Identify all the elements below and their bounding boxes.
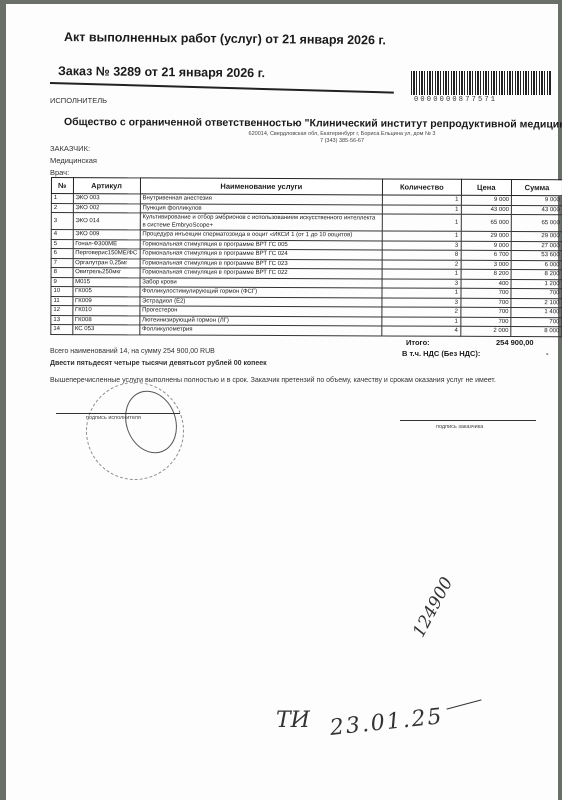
row-price: 29 000 <box>461 231 512 241</box>
row-sku: ГК008 <box>72 315 139 325</box>
row-price: 700 <box>460 298 511 308</box>
row-number: 13 <box>51 315 73 325</box>
row-sum: 9 000 <box>511 196 562 206</box>
row-sum: 29 000 <box>511 232 562 242</box>
row-price: 43 000 <box>461 205 512 215</box>
row-number: 12 <box>51 306 73 316</box>
handwritten-stroke <box>446 699 481 709</box>
row-price: 6 700 <box>461 250 512 260</box>
col-header-qty: Количество <box>383 179 461 195</box>
row-sum: 43 000 <box>511 205 562 215</box>
customer-signature-line <box>400 420 536 421</box>
handwritten-date: 23.01.25 <box>329 704 445 741</box>
row-sum: 27 000 <box>511 241 562 251</box>
row-quantity: 1 <box>382 204 460 214</box>
table-row: 14КС 053Фолликулометрия42 0008 000 <box>51 325 562 337</box>
row-sku: ГК009 <box>72 296 139 306</box>
row-sku: Гонал-Ф300МЕ <box>73 239 140 249</box>
barcode-number: 0000000877571 <box>414 96 497 104</box>
row-sum: 700 <box>511 317 562 327</box>
row-number: 3 <box>51 213 73 230</box>
total-label: Итого: <box>406 338 430 347</box>
customer-line2: Врач: <box>50 168 69 177</box>
row-price: 65 000 <box>461 214 512 231</box>
customer-line1: Медицинская <box>50 156 97 165</box>
row-quantity: 1 <box>382 214 460 231</box>
row-number: 11 <box>51 296 73 306</box>
barcode-icon <box>411 71 551 95</box>
col-header-name: Наименование услуги <box>140 178 383 195</box>
row-sku: М015 <box>73 277 140 287</box>
executor-name: Общество с ограниченной ответственностью… <box>64 116 562 131</box>
row-price: 2 000 <box>460 326 511 336</box>
row-sku: ЭКО 002 <box>73 203 140 213</box>
amount-in-words: Двести пятьдесят четыре тысячи девятьсот… <box>50 360 267 367</box>
row-sum: 65 000 <box>511 215 562 232</box>
row-price: 700 <box>461 288 512 298</box>
row-sum: 1 400 <box>511 308 562 318</box>
items-count-line: Всего наименований 14, на сумму 254 900,… <box>50 348 215 355</box>
customer-label: ЗАКАЗЧИК: <box>50 144 90 153</box>
row-number: 8 <box>51 268 73 278</box>
row-sum: 8 200 <box>511 270 562 280</box>
row-price: 8 200 <box>461 269 512 279</box>
row-quantity: 1 <box>382 269 460 279</box>
row-price: 400 <box>461 279 512 289</box>
document-page: Акт выполненных работ (услуг) от 21 янва… <box>6 4 558 800</box>
row-quantity: 8 <box>382 250 460 260</box>
row-number: 6 <box>51 249 73 259</box>
row-sku: КС 053 <box>72 325 139 335</box>
row-price: 700 <box>460 317 511 327</box>
row-sum: 700 <box>511 289 562 299</box>
row-number: 9 <box>51 277 73 287</box>
row-number: 4 <box>51 230 73 240</box>
col-header-price: Цена <box>461 179 512 195</box>
row-price: 3 000 <box>461 260 512 270</box>
row-quantity: 2 <box>382 307 460 317</box>
executor-label: ИСПОЛНИТЕЛЬ <box>50 96 107 105</box>
row-quantity: 1 <box>382 288 460 298</box>
row-sku: Оргалутран 0,25мг <box>73 258 140 268</box>
row-sum: 1 200 <box>511 279 562 289</box>
row-sku: Овитрель250мкг <box>73 268 140 278</box>
row-number: 7 <box>51 258 73 268</box>
row-sku: ГК005 <box>73 287 140 297</box>
row-sum: 2 100 <box>511 298 562 308</box>
row-price: 700 <box>460 307 511 317</box>
document-title: Акт выполненных работ (услуг) от 21 янва… <box>64 30 386 47</box>
row-sku: ЭКО 003 <box>73 194 140 204</box>
row-quantity: 1 <box>383 195 461 205</box>
row-quantity: 1 <box>382 316 460 326</box>
row-number: 14 <box>51 325 73 335</box>
row-sum: 6 000 <box>511 260 562 270</box>
total-value: 254 900,00 <box>496 338 534 347</box>
row-service-name: Фолликулометрия <box>139 325 382 336</box>
row-number: 2 <box>51 203 73 213</box>
handwritten-amount: 124900 <box>409 574 457 641</box>
row-quantity: 2 <box>382 259 460 269</box>
services-table: № Артикул Наименование услуги Количество… <box>50 177 562 337</box>
row-number: 5 <box>51 239 73 249</box>
row-number: 1 <box>51 194 73 204</box>
row-quantity: 3 <box>382 240 460 250</box>
col-header-number: № <box>51 178 73 194</box>
executor-address: 620014, Свердловская обл, Екатеринбург г… <box>6 131 562 137</box>
row-quantity: 1 <box>382 231 460 241</box>
executor-signature-line <box>56 413 180 414</box>
handwritten-initials: ТИ <box>276 708 310 733</box>
vat-value: - <box>546 349 549 358</box>
row-price: 9 000 <box>461 241 512 251</box>
row-service-name: Культивирование и отбор эмбрионов с испо… <box>140 213 383 231</box>
row-sku: ЭКО 009 <box>73 230 140 240</box>
row-price: 9 000 <box>461 195 512 205</box>
customer-signature-label: подпись заказчика <box>436 424 483 430</box>
vat-label: В т.ч. НДС (Без НДС): <box>402 349 480 358</box>
row-quantity: 3 <box>382 278 460 288</box>
order-number: Заказ № 3289 от 21 января 2026 г. <box>58 64 265 80</box>
col-header-sku: Артикул <box>73 178 140 194</box>
header-rule <box>50 82 394 93</box>
row-sum: 8 000 <box>511 327 562 337</box>
executor-signature-label: подпись исполнителя <box>86 415 141 421</box>
row-sku: ЭКО 014 <box>73 213 140 230</box>
row-sum: 53 600 <box>511 251 562 261</box>
row-quantity: 4 <box>382 326 460 336</box>
row-sku: ГК010 <box>72 306 139 316</box>
row-sku: Перговерис150МЕ/ФС <box>73 249 140 259</box>
col-header-sum: Сумма <box>512 180 562 196</box>
row-number: 10 <box>51 287 73 297</box>
row-quantity: 3 <box>382 297 460 307</box>
